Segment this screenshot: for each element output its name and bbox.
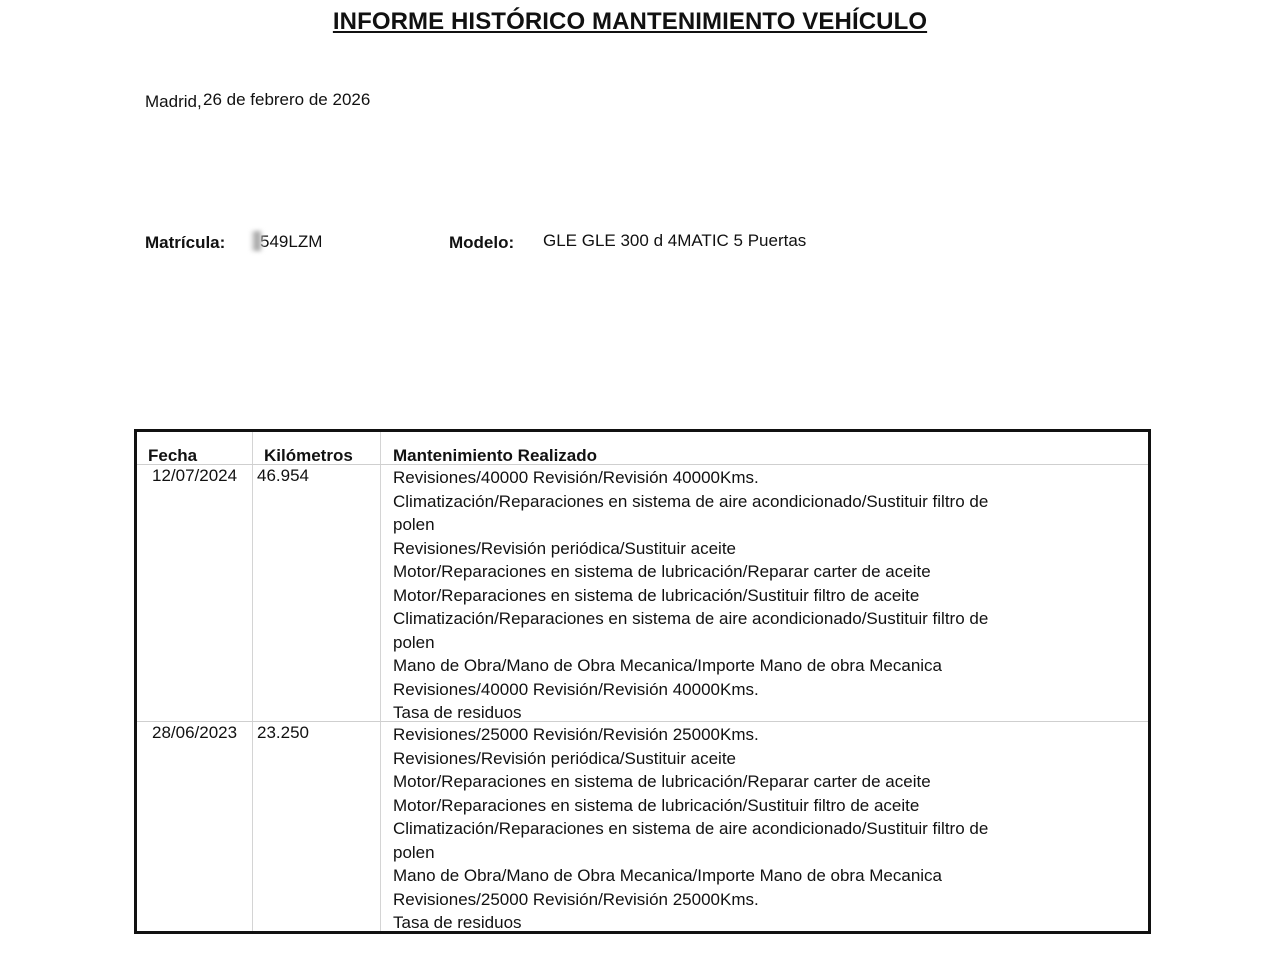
maintenance-line: Climatización/Reparaciones en sistema de… — [393, 817, 988, 841]
plate-label: Matrícula: — [145, 233, 225, 253]
maintenance-line: polen — [393, 513, 988, 537]
header-fecha: Fecha — [148, 446, 197, 466]
row-km: 23.250 — [257, 723, 309, 743]
maintenance-line: Revisiones/Revisión periódica/Sustituir … — [393, 537, 988, 561]
model-label: Modelo: — [449, 233, 514, 253]
document-place: Madrid, — [145, 92, 202, 112]
header-kilometros: Kilómetros — [264, 446, 353, 466]
maintenance-line: Tasa de residuos — [393, 911, 988, 935]
model-value: GLE GLE 300 d 4MATIC 5 Puertas — [543, 231, 806, 251]
plate-value: 549LZM — [260, 232, 322, 251]
maintenance-line: polen — [393, 631, 988, 655]
maintenance-line: Revisiones/25000 Revisión/Revisión 25000… — [393, 723, 988, 747]
column-divider — [380, 432, 381, 931]
redacted-blur — [250, 231, 262, 251]
document-title: INFORME HISTÓRICO MANTENIMIENTO VEHÍCULO — [0, 8, 1260, 36]
maintenance-line: Tasa de residuos — [393, 701, 988, 725]
row-date: 28/06/2023 — [152, 723, 237, 743]
maintenance-line: Revisiones/Revisión periódica/Sustituir … — [393, 747, 988, 771]
document-date: 26 de febrero de 2026 — [203, 90, 370, 110]
row-date: 12/07/2024 — [152, 466, 237, 486]
maintenance-line: Motor/Reparaciones en sistema de lubrica… — [393, 794, 988, 818]
maintenance-line: Climatización/Reparaciones en sistema de… — [393, 490, 988, 514]
header-mantenimiento: Mantenimiento Realizado — [393, 446, 597, 466]
row-km: 46.954 — [257, 466, 309, 486]
maintenance-line: Climatización/Reparaciones en sistema de… — [393, 607, 988, 631]
maintenance-line: Motor/Reparaciones en sistema de lubrica… — [393, 584, 988, 608]
maintenance-line: Mano de Obra/Mano de Obra Mecanica/Impor… — [393, 864, 988, 888]
maintenance-line: Mano de Obra/Mano de Obra Mecanica/Impor… — [393, 654, 988, 678]
row-items: Revisiones/25000 Revisión/Revisión 25000… — [393, 723, 988, 935]
maintenance-table: Fecha Kilómetros Mantenimiento Realizado… — [134, 429, 1151, 934]
maintenance-line: polen — [393, 841, 988, 865]
column-divider — [252, 432, 253, 931]
maintenance-line: Motor/Reparaciones en sistema de lubrica… — [393, 560, 988, 584]
plate-value-wrapper: 549LZM — [250, 231, 322, 252]
row-items: Revisiones/40000 Revisión/Revisión 40000… — [393, 466, 988, 725]
maintenance-line: Motor/Reparaciones en sistema de lubrica… — [393, 770, 988, 794]
maintenance-line: Revisiones/40000 Revisión/Revisión 40000… — [393, 466, 988, 490]
maintenance-line: Revisiones/40000 Revisión/Revisión 40000… — [393, 678, 988, 702]
maintenance-line: Revisiones/25000 Revisión/Revisión 25000… — [393, 888, 988, 912]
